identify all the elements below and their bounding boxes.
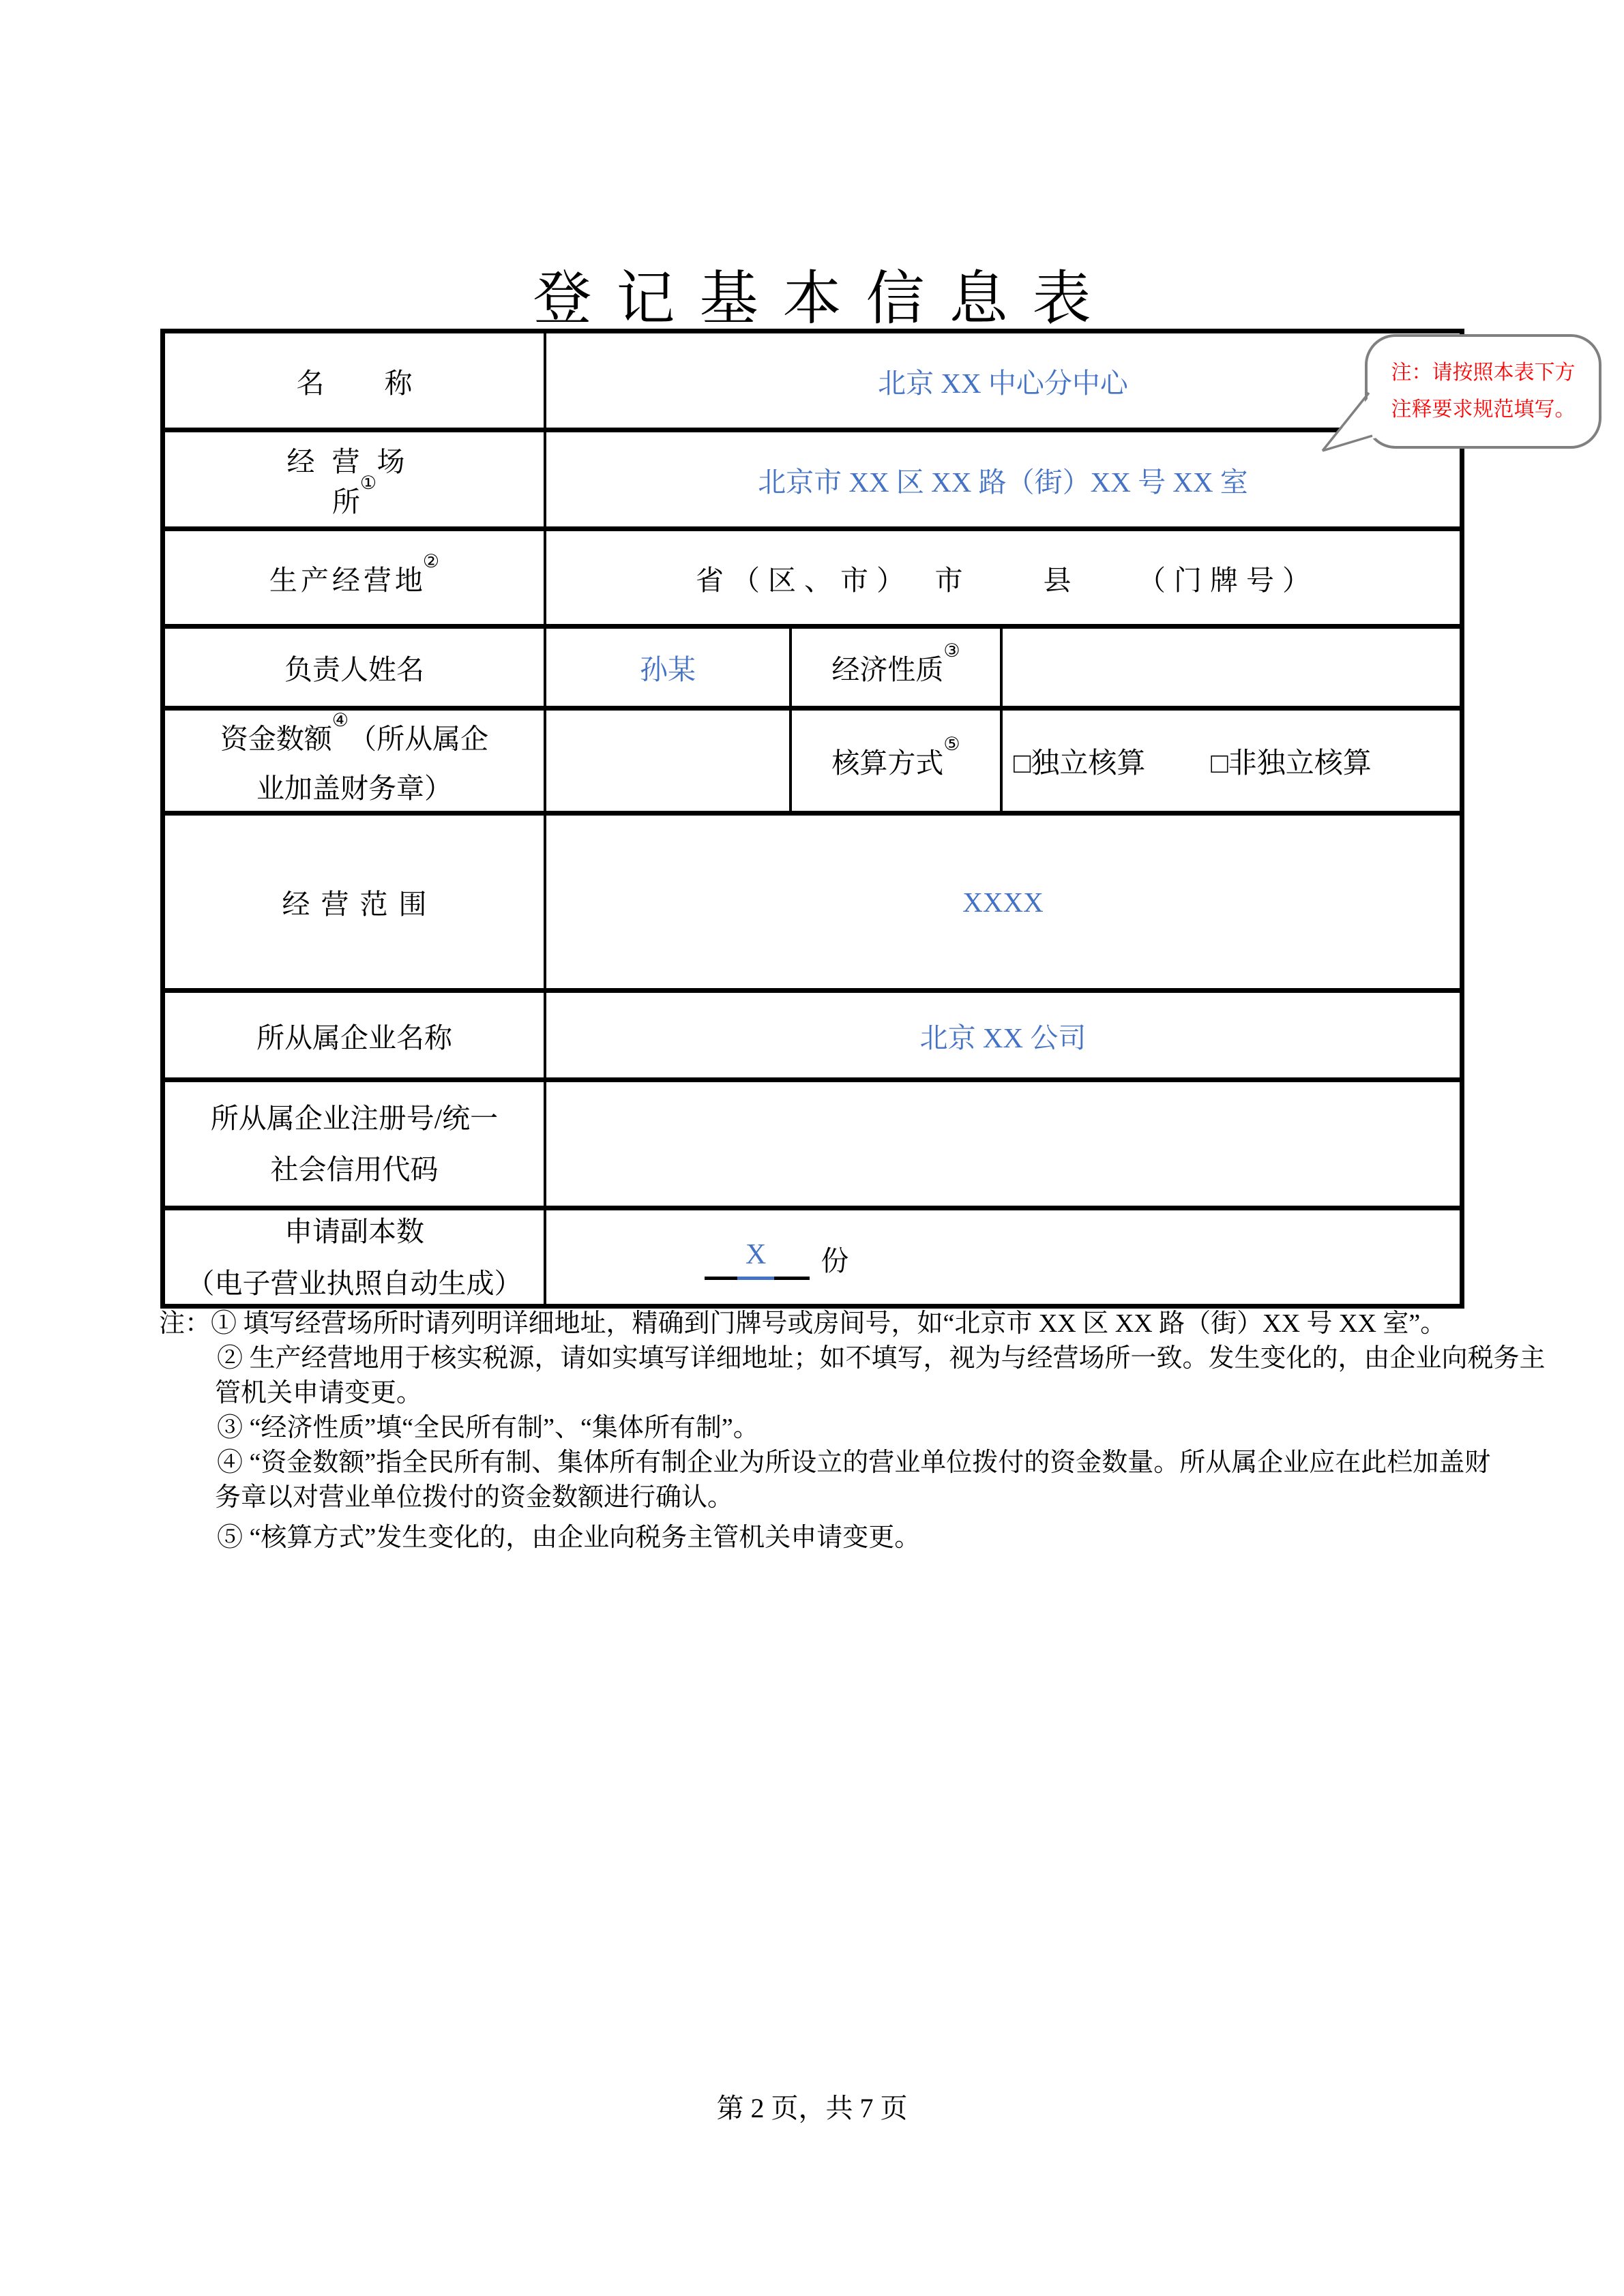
copies-count-value[interactable]: X [737,1234,774,1280]
page-title-text: 登记基本信息表 [533,266,1116,331]
footnote-line: ④ “资金数额”指全民所有制、集体所有制企业为所设立的营业单位拨付的资金数量。所… [217,1446,1546,1480]
field-business-scope-value[interactable]: XXXX [546,816,1460,993]
footnote-line: 注：① 填写经营场所时请列明详细地址，精确到门牌号或房间号，如“北京市 XX 区… [159,1307,1546,1341]
field-copies-value[interactable]: X份 [546,1210,1460,1304]
field-parent-registration-number-value[interactable] [546,1082,1460,1210]
checkbox-icon: □ [1014,748,1031,779]
footnotes: 注：① 填写经营场所时请列明详细地址，精确到门牌号或房间号，如“北京市 XX 区… [159,1307,1546,1555]
blank-underline-right [774,1234,810,1280]
footnote-ref-3: ③ [943,640,960,661]
label-parent-registration-number: 所从属企业注册号/统一 社会信用代码 [165,1082,546,1210]
label-copies-requested: 申请副本数 （电子营业执照自动生成） [165,1210,546,1304]
label-person-in-charge: 负责人姓名 [165,629,546,711]
blank-underline-left [705,1234,737,1280]
field-person-in-charge-value[interactable]: 孙某 [546,629,792,711]
field-accounting-method-options: □独立核算 □非独立核算 [1003,711,1460,816]
field-parent-enterprise-name-value[interactable]: 北京 XX 公司 [546,993,1460,1082]
label-parent-enterprise-name: 所从属企业名称 [165,993,546,1082]
label-economic-nature: 经济性质③ [792,629,1003,711]
footnote-line: 务章以对营业单位拨付的资金数额进行确认。 [215,1480,1546,1515]
field-production-site-template[interactable]: 省（区、市） 市 县 （门牌号） [546,531,1460,629]
field-economic-nature-value[interactable] [1003,629,1460,711]
label-name: 名称 [165,333,546,432]
footnote-ref-4: ④ [332,710,349,730]
footnote-ref-1: ① [360,473,377,493]
checkbox-non-independent-accounting[interactable]: □非独立核算 [1211,741,1371,781]
checkbox-independent-accounting[interactable]: □独立核算 [1014,741,1145,781]
label-capital-amount: 资金数额④（所从属企 业加盖财务章） [165,711,546,816]
registration-info-table: 名称 北京 XX 中心分中心 经营场所① 北京市 XX 区 XX 路（街）XX … [160,329,1464,1309]
footnote-ref-2: ② [423,551,439,571]
copies-unit-label: 份 [821,1242,848,1280]
label-business-scope: 经营范围 [165,816,546,993]
footnote-line: 管机关申请变更。 [215,1376,1546,1411]
label-production-site: 生产经营地② [165,531,546,629]
label-accounting-method: 核算方式⑤ [792,711,1003,816]
footnote-line: ⑤ “核算方式”发生变化的，由企业向税务主管机关申请变更。 [217,1521,1546,1555]
footnote-line: ③ “经济性质”填“全民所有制”、“集体所有制”。 [217,1411,1546,1446]
field-capital-amount-value[interactable] [546,711,792,816]
document-page: 登记基本信息表 名称 北京 XX 中心分中心 经营场所① 北京市 XX 区 XX… [0,0,1624,2296]
footnote-line: ② 生产经营地用于核实税源，请如实填写详细地址；如不填写，视为与经营场所一致。发… [217,1341,1546,1376]
checkbox-icon: □ [1211,748,1228,779]
label-business-premises: 经营场所① [165,432,546,531]
footnote-ref-5: ⑤ [943,734,960,754]
callout-tail-pointer [1296,320,1610,471]
page-number: 第 2 页，共 7 页 [0,2087,1624,2126]
